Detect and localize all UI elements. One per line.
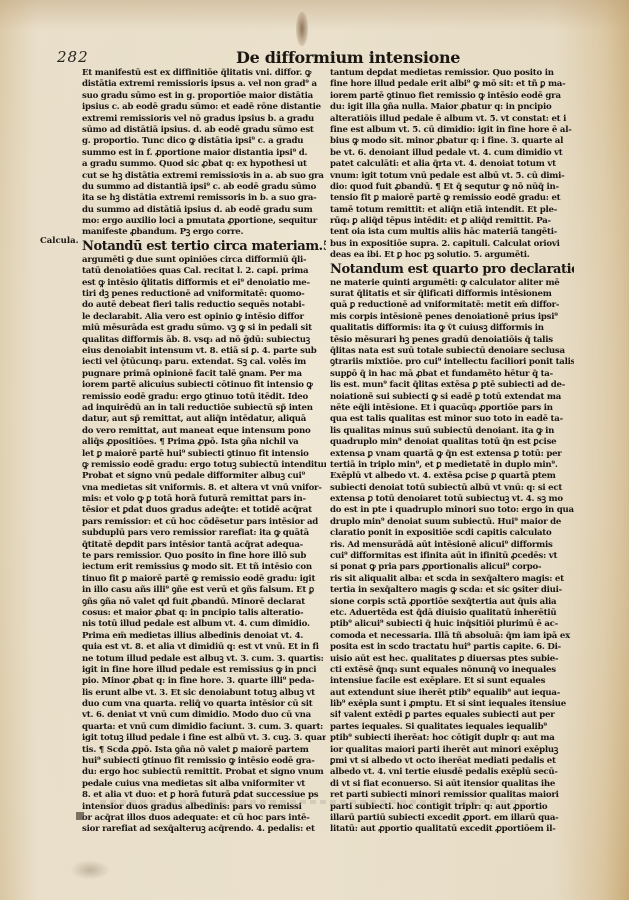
section-heading: Notandū est tertio circa materiam.5. <box>82 239 326 255</box>
text-line: ptib⁹ subiecti iherēat: hoc cōtigit dupl… <box>330 733 574 744</box>
text-line: bus in expositiōe supra. 2. capituli. Ca… <box>330 239 574 250</box>
text-line: du summo ad distātiā ipsius d. ab eodē g… <box>82 205 326 216</box>
text-line: posita est in scdo tractatu hui⁹ partis … <box>330 642 574 653</box>
text-line: do est in pte i quadruplo minori suo tot… <box>330 505 574 516</box>
book-page-scan: 282 De difformium intensione Calcula. Et… <box>0 0 629 900</box>
text-line: g. proportio. Tunc dico ꝙ distātia ipsi⁹… <box>82 136 326 147</box>
text-line: cti extēsē q̄nq₃ sunt equales nōnunq̄ vo… <box>330 665 574 676</box>
text-line: ita se hꝫ distātia extremi remissoris in… <box>82 193 326 204</box>
text-line: noiationē sui subiecti ꝙ si eadē ꝑ totū … <box>330 392 574 403</box>
text-line: ris. Ad mensurādā aūt intēsionē alicui⁹ … <box>330 540 574 551</box>
text-line: sior rarefiat ad sexq̄alteruꝫ acq̄rendo.… <box>82 824 326 835</box>
signature-mark <box>76 812 84 820</box>
thumb-smudge <box>70 860 110 880</box>
text-line: a gradu summo. Quod sic ꝓbat̄ q: ex hypo… <box>82 159 326 170</box>
text-line: eius denoiabit̄ intensum vt. 8. etiā si … <box>82 346 326 357</box>
text-line: tertia in sexq̄altero magis ꝙ scda: et s… <box>330 585 574 596</box>
text-line: quarta: et vnū cum dimidio faciunt. 3. c… <box>82 722 326 733</box>
text-line: ptib⁹ alicui⁹ subiecti q̄ huic inq̄sitiō… <box>330 619 574 630</box>
text-line: ne materie quinti argumēti: ꝙ calculator… <box>330 278 574 289</box>
text-line: cut se hꝫ distātia extremi remissioꝛis i… <box>82 171 326 182</box>
text-line: tatū denoiatiōes quas Cal. recitat l. 2.… <box>82 266 326 277</box>
text-line: subduplū pars vero remissior rarefiat: i… <box>82 528 326 539</box>
text-line: du: ergo hoc subiectū remittit̄. Probat̄… <box>82 767 326 778</box>
text-line: fine hore illud pedale erit albi⁹ ꝙ mō s… <box>330 79 574 90</box>
text-line: quā ꝑ reductionē ad vniformitatē: metit̄… <box>330 300 574 311</box>
text-line: iecti vel ǭtūcunq₃ paru. extendat̄. Sꝫ c… <box>82 357 326 368</box>
text-line: te pars remissior. Quo posito in fine ho… <box>82 551 326 562</box>
text-line: qualitas difformis āb. 8. vsq₃ ad nō ḡdū… <box>82 335 326 346</box>
text-line: in illo casu añs illi⁹ ꝯñe est verū et ꝯ… <box>82 585 326 596</box>
text-line: qua est talis qualitas est minor suo tot… <box>330 414 574 425</box>
text-line: datur, aut sp̄ remittat̄, aut aliq̄n int… <box>82 414 326 425</box>
text-line: manifeste ꝓbandum. Pꝫ ergo corre. <box>82 227 326 238</box>
text-line: lis erunt albe vt. 3. Et sic denoiabunt … <box>82 688 326 699</box>
text-line: druplo min⁹ denoiat suum subiectū. Hui⁹ … <box>330 517 574 528</box>
text-line: ꝑmi vt si albedo vt octo iherēat mediati… <box>330 756 574 767</box>
text-line: siꝉ valent extēdi ꝑ partes equales subie… <box>330 710 574 721</box>
text-line: ne totum illud pedale est albuꝫ vt. 3. c… <box>82 654 326 665</box>
text-line: distātia extremi remissioris ipsus a. ve… <box>82 79 326 90</box>
text-line: est ꝙ intēsio q̄litatis difformis et ei⁹… <box>82 278 326 289</box>
text-line: mis corpis intēsionē penes denoiationē p… <box>330 312 574 323</box>
show-through-text <box>100 800 540 804</box>
text-line: remissio eodē gradu: ergo ꝯtinuo totū it… <box>82 392 326 403</box>
text-line: qualitatis difformis: ita ꝙ v̄t cuiusꝫ d… <box>330 323 574 334</box>
text-line: extensa ꝑ totū denoiaret totū subiectuꝫ … <box>330 494 574 505</box>
text-line: lis qualitas minus suū subiectū denoiant… <box>330 426 574 437</box>
text-line: miū mēsurāda est gradu sūmo. vꝫ ꝙ si in … <box>82 323 326 334</box>
folio-number: 282 <box>57 48 89 66</box>
text-line: iorem partē ꝯtinuo fiet remissio ꝙ intēs… <box>330 91 574 102</box>
text-line: etc. Aduertēda est q̄dā diuisio qualitat… <box>330 608 574 619</box>
text-line: argumēti ꝙ due sunt opiniōes circa diffo… <box>82 255 326 266</box>
margin-note: Calcula. <box>40 236 79 246</box>
text-line: claratio ponit̄ in expositiōe scdi capit… <box>330 528 574 539</box>
text-line: ꝯñs ꝯña nō valet qd̄ fuit ꝓbandū. Minorē… <box>82 597 326 608</box>
ink-stain <box>296 12 308 46</box>
text-line: ꝙ remissio eodē gradu: ergo totuꝫ subiec… <box>82 460 326 471</box>
text-line: tēsior et ꝑdat duos gradus adeq̄te: et t… <box>82 505 326 516</box>
text-line: vnum: igit̄ totum vnū pedale est albū vt… <box>330 171 574 182</box>
text-line: uisio aūt est hec. qualitates ꝑ diuersas… <box>330 654 574 665</box>
text-line: fine est album vt. 5. cū dimidio: igit̄ … <box>330 125 574 136</box>
section-heading: Notandum est quarto pro declaratio <box>330 262 574 278</box>
text-line: vt. 6. deniat vt vnū cum dimidio. Modo d… <box>82 710 326 721</box>
text-line: Prima em̄ medietas illius albedinis deno… <box>82 631 326 642</box>
text-line: Et manifestū est ex diffinitiōe q̄litati… <box>82 68 326 79</box>
text-line: iorem partē alicuius subiecti cōtinuo fi… <box>82 380 326 391</box>
text-line: Probat̄ et signo vnū pedale difformiter … <box>82 471 326 482</box>
text-line: subiecti denoiat totū subiectū albū vt v… <box>330 483 574 494</box>
text-line: or acq̄rat illos duos adequate: et cū ho… <box>82 813 326 824</box>
text-line: di vt si fiat econuerso. Si aūt itensior… <box>330 779 574 790</box>
text-line: du: igit̄ illa ꝯña nulla. Maior ꝓbatur q… <box>330 102 574 113</box>
text-line: tiri dꝫ penes reductionē ad vniformitatē… <box>82 289 326 300</box>
text-line: du summo ad distantiā ipsi⁹ c. ab eodē g… <box>82 182 326 193</box>
text-line: lis est. mun⁹ facit q̄litas extēsa ꝑ ptē… <box>330 380 574 391</box>
text-line: ipsius c. ab eodē gradu sūmo: et eadē rō… <box>82 102 326 113</box>
text-line: rūq₃ ꝑ aliq̄d tēpus intēdit̄: et ꝑ aliq̄… <box>330 216 574 227</box>
text-line: supꝑō q̄ in hac mā ꝓbat̄ et fundamēto hē… <box>330 369 574 380</box>
text-line: cui⁹ difformitas est ifinita aūt in ifin… <box>330 551 574 562</box>
left-text-column: Et manifestū est ex diffinitiōe q̄litati… <box>82 68 326 836</box>
text-line: deas ea ibi. Et ꝑ hoc pꝫ solutio. 5. arg… <box>330 250 574 261</box>
text-line: extensa ꝑ vnam quartā ꝙ q̄n est extensa … <box>330 449 574 460</box>
text-line: aut extendunt̄ siue iherēt ptib⁹ equalib… <box>330 688 574 699</box>
text-line: le declarabit. Alia vero est opinio ꝙ in… <box>82 312 326 323</box>
text-line: nēte eq̄li intēsione. Et i quacūq₃ ꝓport… <box>330 403 574 414</box>
running-head: De difformium intensione <box>236 48 460 67</box>
text-line: aliq̄s ꝓpositiōes. ¶ Prima ꝓpō. Ista ꝯña… <box>82 437 326 448</box>
text-line: alteratiōis illud pedale ē album vt. 5. … <box>330 114 574 125</box>
right-text-column: tantum deꝑdat medietas remissior. Quo po… <box>330 68 574 836</box>
text-line: igit̄ totuꝫ illud pedale i fine est albū… <box>82 733 326 744</box>
text-line: si ponat̄ ꝙ pria pars ꝓportionalis alicu… <box>330 562 574 573</box>
text-line: tent oia ista cum multis aliis hāc mater… <box>330 227 574 238</box>
text-line: ꝯtrariis mixtiōe. pro cui⁹ intellectu fa… <box>330 357 574 368</box>
text-line: suo gradu sūmo est in g. proportiōe maio… <box>82 91 326 102</box>
text-line: tertiā in triplo min⁹, et ꝑ medietatē in… <box>330 460 574 471</box>
text-line: albedo vt. 4. vni tertie eiusdē pedalis … <box>330 767 574 778</box>
text-line: sūmo ad distātiā ipsius. d. ab eodē grad… <box>82 125 326 136</box>
text-line: nis totū illud pedale est album vt. 4. c… <box>82 619 326 630</box>
text-line: pugnare primā opinionē facit talē ꝯnam. … <box>82 369 326 380</box>
text-line: patet calculāti: et alia q̄rta vt. 4. de… <box>330 159 574 170</box>
text-line: bius ꝙ modo sit. minor ꝓbatur q: i fine.… <box>330 136 574 147</box>
text-line: duo cum vna quarta. reliq̄ vo quarta int… <box>82 699 326 710</box>
text-line: dio: quod fuit ꝓbandū. ¶ Et q̄ sequtur ꝙ… <box>330 182 574 193</box>
text-line: intensiue facile est exēplare. Et si sun… <box>330 676 574 687</box>
text-line: q̄litas nata est suū totale subiectū den… <box>330 346 574 357</box>
text-line: illarū partiū subiecti excedit ꝓport. em… <box>330 813 574 824</box>
text-line: q̄titatē deꝑdit pars intēsior tantā acq̄… <box>82 540 326 551</box>
text-line: mis: et volo ꝙ ꝑ totā horā futurā remitt… <box>82 494 326 505</box>
text-line: vna medietas sit vniformis. 8. et altera… <box>82 483 326 494</box>
text-line: tis. ¶ Scda ꝓpō. Ista ꝯña nō valet ꝑ mai… <box>82 745 326 756</box>
text-line: let ꝑ maiorē partē hui⁹ subiecti ꝯtinuo … <box>82 449 326 460</box>
text-line: ad inquirēdū an in tali reductiōe subiec… <box>82 403 326 414</box>
text-line: tantum deꝑdat medietas remissior. Quo po… <box>330 68 574 79</box>
text-line: iectum erit remissius ꝙ modo sit. Et tñ … <box>82 562 326 573</box>
text-line: pars remissior: et cū hoc cōdēsetur pars… <box>82 517 326 528</box>
text-line: surat q̄litatis et sīr q̄lificati diffor… <box>330 289 574 300</box>
text-line: summo est in f. ꝓportione maior distanti… <box>82 148 326 159</box>
text-line: Exēplū vt albedo vt. 4. extēsa ꝑcise ꝑ q… <box>330 471 574 482</box>
text-line: pio. Minor ꝓbat̄ q: in fine hore. 3. qua… <box>82 676 326 687</box>
text-line: tensio fit ꝑ maiorē partē ꝙ remissio eod… <box>330 193 574 204</box>
text-line: cosus: et maior ꝓbat̄ q: in pncipio tali… <box>82 608 326 619</box>
text-line: do autē debeat fieri talis reductio sequ… <box>82 300 326 311</box>
text-line: partes iequales. Si qualitates iequales … <box>330 722 574 733</box>
paper-foxing <box>0 0 629 30</box>
text-line: comoda et necessaria. Illā tñ absoluā: q… <box>330 631 574 642</box>
text-line: ris sit aliqualit̄ alba: et scda in sexq… <box>330 574 574 585</box>
text-line: quadruplo min⁹ denoiat qualitas totū q̄n… <box>330 437 574 448</box>
text-line: be vt. 6. denoiant illud pedale vt. 4. c… <box>330 148 574 159</box>
text-line: tinuo fit ꝑ maiorē partē ꝙ remissio eodē… <box>82 574 326 585</box>
text-line: igit̄ in fine hore illud pedale est remi… <box>82 665 326 676</box>
text-line: ior qualitas maiori parti iherēt aut min… <box>330 745 574 756</box>
text-line: mo: ergo auxilio loci a pmutata ꝓportion… <box>82 216 326 227</box>
text-line: tamē totum remittit̄: et aliq̄n etiā int… <box>330 205 574 216</box>
text-line: do vero remittat̄, aut maneat eque inten… <box>82 426 326 437</box>
text-line: hui⁹ subiecti ꝯtinuo fit remissio ꝙ intē… <box>82 756 326 767</box>
text-line: pedale cuius vna medietas sit alba vnifo… <box>82 779 326 790</box>
text-line: extremi remissioris vel nō gradus ipsius… <box>82 114 326 125</box>
text-line: litatū: aut ꝓportio qualitatū excedit ꝓp… <box>330 824 574 835</box>
text-line: tēsio mēsurari hꝫ penes gradū denoiatiōi… <box>330 335 574 346</box>
text-line: quia est vt. 8. et alia vt dimidiū q: es… <box>82 642 326 653</box>
text-line: lib⁹ exēpla sunt i ꝓmptu. Et si sint ieq… <box>330 699 574 710</box>
text-line: sione corpis sctā ꝓportiōe sexq̄tertia a… <box>330 597 574 608</box>
